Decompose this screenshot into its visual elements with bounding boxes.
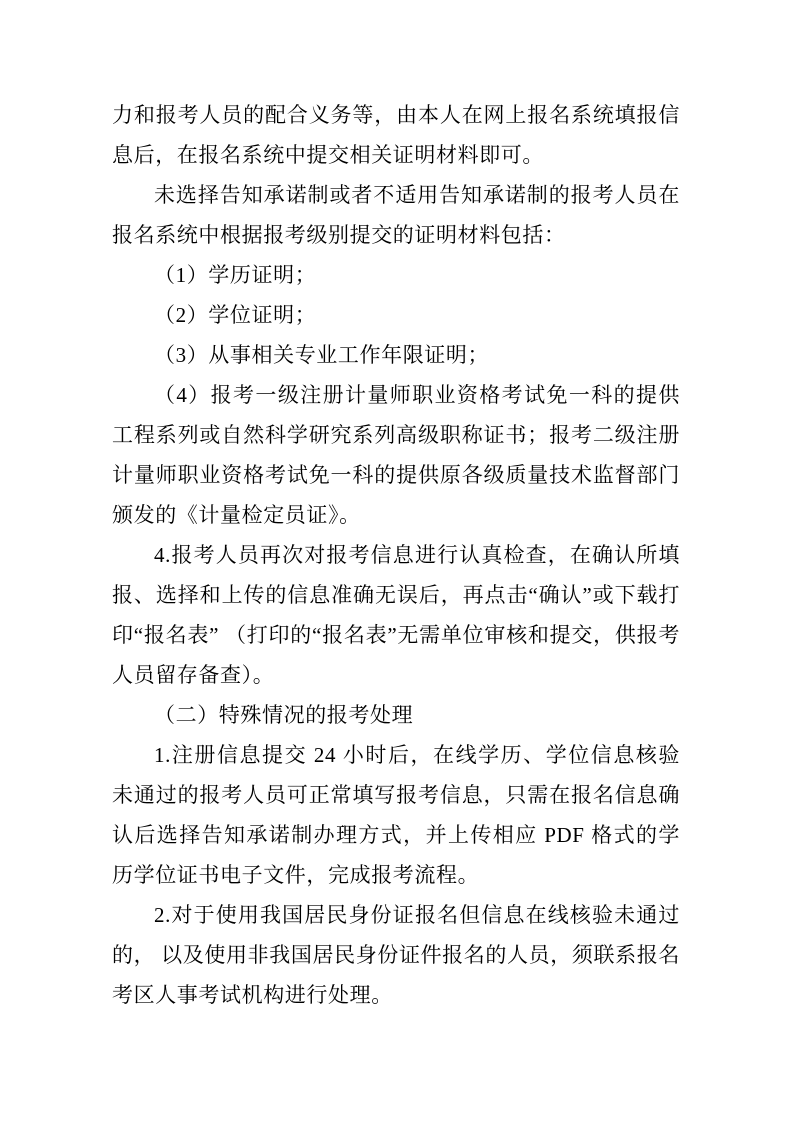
document-body: 力和报考人员的配合义务等，由本人在网上报名系统填报信息后，在报名系统中提交相关证… xyxy=(112,95,680,1015)
document-page: 力和报考人员的配合义务等，由本人在网上报名系统填报信息后，在报名系统中提交相关证… xyxy=(0,0,794,1123)
list-item: （4）报考一级注册计量师职业资格考试免一科的提供工程系列或自然科学研究系列高级职… xyxy=(112,375,680,535)
paragraph: 1.注册信息提交 24 小时后，在线学历、学位信息核验未通过的报考人员可正常填写… xyxy=(112,735,680,895)
paragraph: 未选择告知承诺制或者不适用告知承诺制的报考人员在报名系统中根据报考级别提交的证明… xyxy=(112,175,680,255)
list-item: （2）学位证明； xyxy=(112,295,680,335)
list-item: （1）学历证明； xyxy=(112,255,680,295)
section-heading: （二）特殊情况的报考处理 xyxy=(112,695,680,735)
paragraph: 2.对于使用我国居民身份证报名但信息在线核验未通过的， 以及使用非我国居民身份证… xyxy=(112,895,680,1015)
paragraph: 力和报考人员的配合义务等，由本人在网上报名系统填报信息后，在报名系统中提交相关证… xyxy=(112,95,680,175)
paragraph: 4.报考人员再次对报考信息进行认真检查，在确认所填报、选择和上传的信息准确无误后… xyxy=(112,535,680,695)
list-item: （3）从事相关专业工作年限证明； xyxy=(112,335,680,375)
